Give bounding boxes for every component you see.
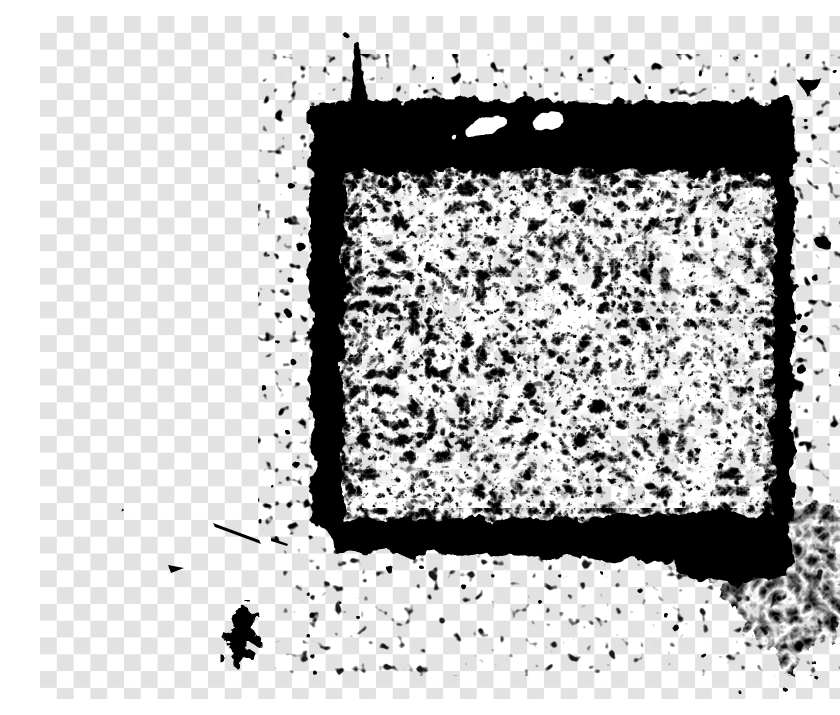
ink-blob [225,607,258,663]
grunge-artwork [40,16,840,699]
transparent-canvas [40,16,840,699]
grunge-texture [340,166,776,522]
